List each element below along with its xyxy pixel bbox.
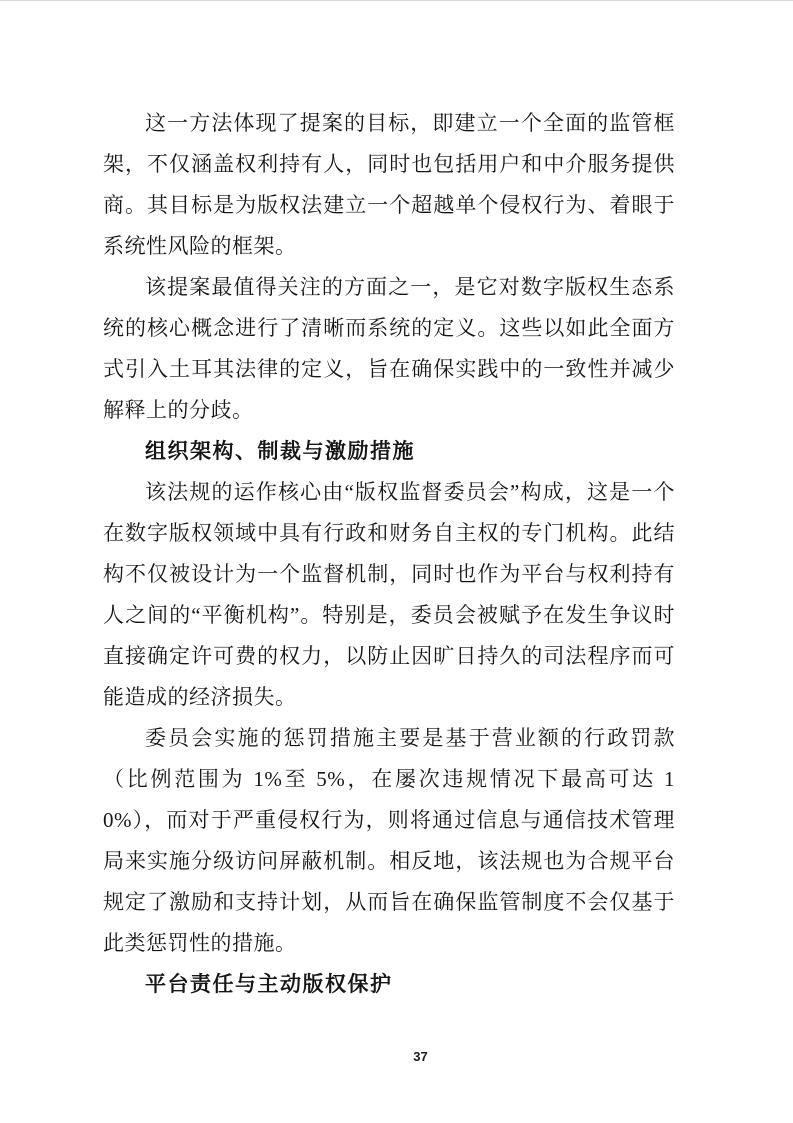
document-page: 这一方法体现了提案的目标，即建立一个全面的监管框架，不仅涵盖权利持有人，同时也包… — [0, 0, 793, 1123]
page-footer: 37 — [0, 1048, 793, 1066]
section-heading: 平台责任与主动版权保护 — [103, 964, 675, 1005]
page-number: 37 — [413, 1049, 427, 1064]
section-heading: 组织架构、制裁与激励措施 — [103, 431, 675, 472]
document-body: 这一方法体现了提案的目标，即建立一个全面的监管框架，不仅涵盖权利持有人，同时也包… — [103, 103, 675, 1005]
paragraph: 这一方法体现了提案的目标，即建立一个全面的监管框架，不仅涵盖权利持有人，同时也包… — [103, 103, 675, 267]
paragraph: 该法规的运作核心由“版权监督委员会”构成，这是一个在数字版权领域中具有行政和财务… — [103, 472, 675, 718]
paragraph: 该提案最值得关注的方面之一，是它对数字版权生态系统的核心概念进行了清晰而系统的定… — [103, 267, 675, 431]
paragraph: 委员会实施的惩罚措施主要是基于营业额的行政罚款（比例范围为 1%至 5%，在屡次… — [103, 718, 675, 964]
